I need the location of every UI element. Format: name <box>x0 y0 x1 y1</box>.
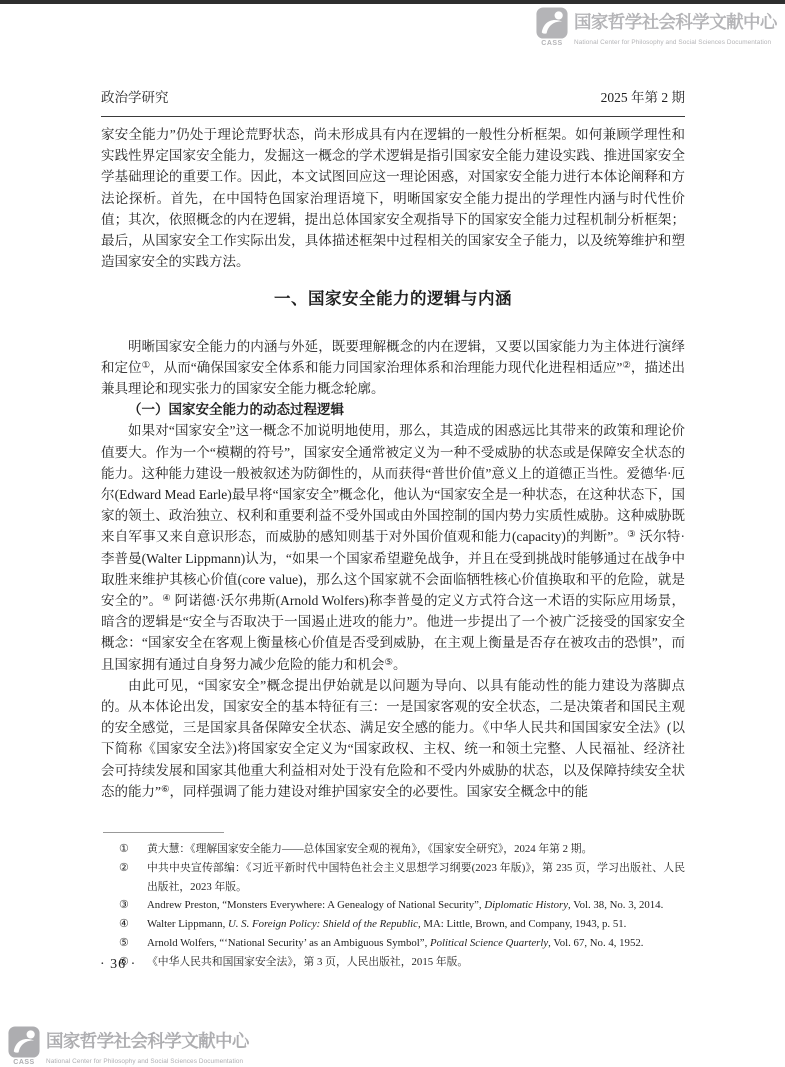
footnote-text: Andrew Preston, “Monsters Everywhere: A … <box>147 899 663 911</box>
footnote-row: ①黄大慧：《理解国家安全能力——总体国家安全观的视角》，《国家安全研究》，202… <box>101 840 685 859</box>
cass-abbr-label: CASS <box>536 40 568 47</box>
footnote-ref: ③ <box>627 530 636 540</box>
footnote-block: ①黄大慧：《理解国家安全能力——总体国家安全观的视角》，《国家安全研究》，202… <box>101 832 685 972</box>
subsection-heading: （一）国家安全能力的动态过程逻辑 <box>101 399 685 420</box>
footnote-ref: ⑤ <box>385 658 394 668</box>
footnote-text: Arnold Wolfers, “‘National Security’ as … <box>147 937 643 949</box>
body-paragraph: 如果对“国家安全”这一概念不加说明地使用，那么，其造成的困惑远比其带来的政策和理… <box>101 420 685 674</box>
footnote-text: 中共中央宣传部编：《习近平新时代中国特色社会主义思想学习纲要(2023 年版)》… <box>147 862 685 893</box>
body-paragraph: 由此可见，“国家安全”概念提出伊始就是以问题为导向、以具有能动性的能力建设为落脚… <box>101 675 685 802</box>
body-paragraph: 明晰国家安全能力的内涵与外延，既要理解概念的内在逻辑，又要以国家能力为主体进行演… <box>101 336 685 400</box>
cass-logo-icon <box>536 7 568 39</box>
footnote-ref: ② <box>622 361 631 371</box>
footnote-ref: ④ <box>162 594 171 604</box>
footnote-row: ④Walter Lippmann, U. S. Foreign Policy: … <box>101 915 685 934</box>
article-body: 家安全能力”仍处于理论荒野状态，尚未形成具有内在逻辑的一般性分析框架。如何兼顾学… <box>101 124 685 802</box>
footnote-row: ⑥《中华人民共和国国家安全法》，第 3 页，人民出版社，2015 年版。 <box>101 953 685 972</box>
watermark-top: CASS 国家哲学社会科学文献中心 National Center for Ph… <box>536 7 777 47</box>
footnote-row: ②中共中央宣传部编：《习近平新时代中国特色社会主义思想学习纲要(2023 年版)… <box>101 859 685 897</box>
watermark-title-en: National Center for Philosophy and Socia… <box>46 1059 249 1066</box>
footnote-number: ② <box>119 859 129 878</box>
cass-logo-icon <box>8 1026 40 1058</box>
footnote-list: ①黄大慧：《理解国家安全能力——总体国家安全观的视角》，《国家安全研究》，202… <box>101 840 685 972</box>
footnote-row: ③Andrew Preston, “Monsters Everywhere: A… <box>101 896 685 915</box>
running-head: 政治学研究 2025 年第 2 期 <box>101 88 685 117</box>
watermark-title-cn: 国家哲学社会科学文献中心 <box>574 14 777 32</box>
footnote-number: ④ <box>119 915 129 934</box>
footnote-text: Walter Lippmann, U. S. Foreign Policy: S… <box>147 918 626 930</box>
watermark-title-en: National Center for Philosophy and Socia… <box>574 40 777 47</box>
journal-page: CASS 国家哲学社会科学文献中心 National Center for Ph… <box>0 0 785 1067</box>
top-border-bar <box>0 0 785 4</box>
footnote-separator <box>103 832 224 833</box>
footnote-number: ⑤ <box>119 934 129 953</box>
footnote-text: 《中华人民共和国国家安全法》，第 3 页，人民出版社，2015 年版。 <box>147 956 468 968</box>
footnote-text: 黄大慧：《理解国家安全能力——总体国家安全观的视角》，《国家安全研究》，2024… <box>147 843 592 855</box>
watermark-title-cn: 国家哲学社会科学文献中心 <box>46 1033 249 1051</box>
journal-title: 政治学研究 <box>101 88 169 108</box>
watermark-bottom: CASS 国家哲学社会科学文献中心 National Center for Ph… <box>8 1026 249 1066</box>
section-heading: 一、国家安全能力的逻辑与内涵 <box>101 289 685 310</box>
footnote-number: ① <box>119 840 129 859</box>
footnote-ref: ⑥ <box>161 785 170 795</box>
page-number: · 36 · <box>100 957 136 973</box>
body-paragraph: 家安全能力”仍处于理论荒野状态，尚未形成具有内在逻辑的一般性分析框架。如何兼顾学… <box>101 124 685 272</box>
footnote-number: ③ <box>119 896 129 915</box>
footnote-ref: ① <box>142 361 151 371</box>
footnote-row: ⑤Arnold Wolfers, “‘National Security’ as… <box>101 934 685 953</box>
cass-abbr-label: CASS <box>8 1059 40 1066</box>
issue-label: 2025 年第 2 期 <box>601 88 685 108</box>
